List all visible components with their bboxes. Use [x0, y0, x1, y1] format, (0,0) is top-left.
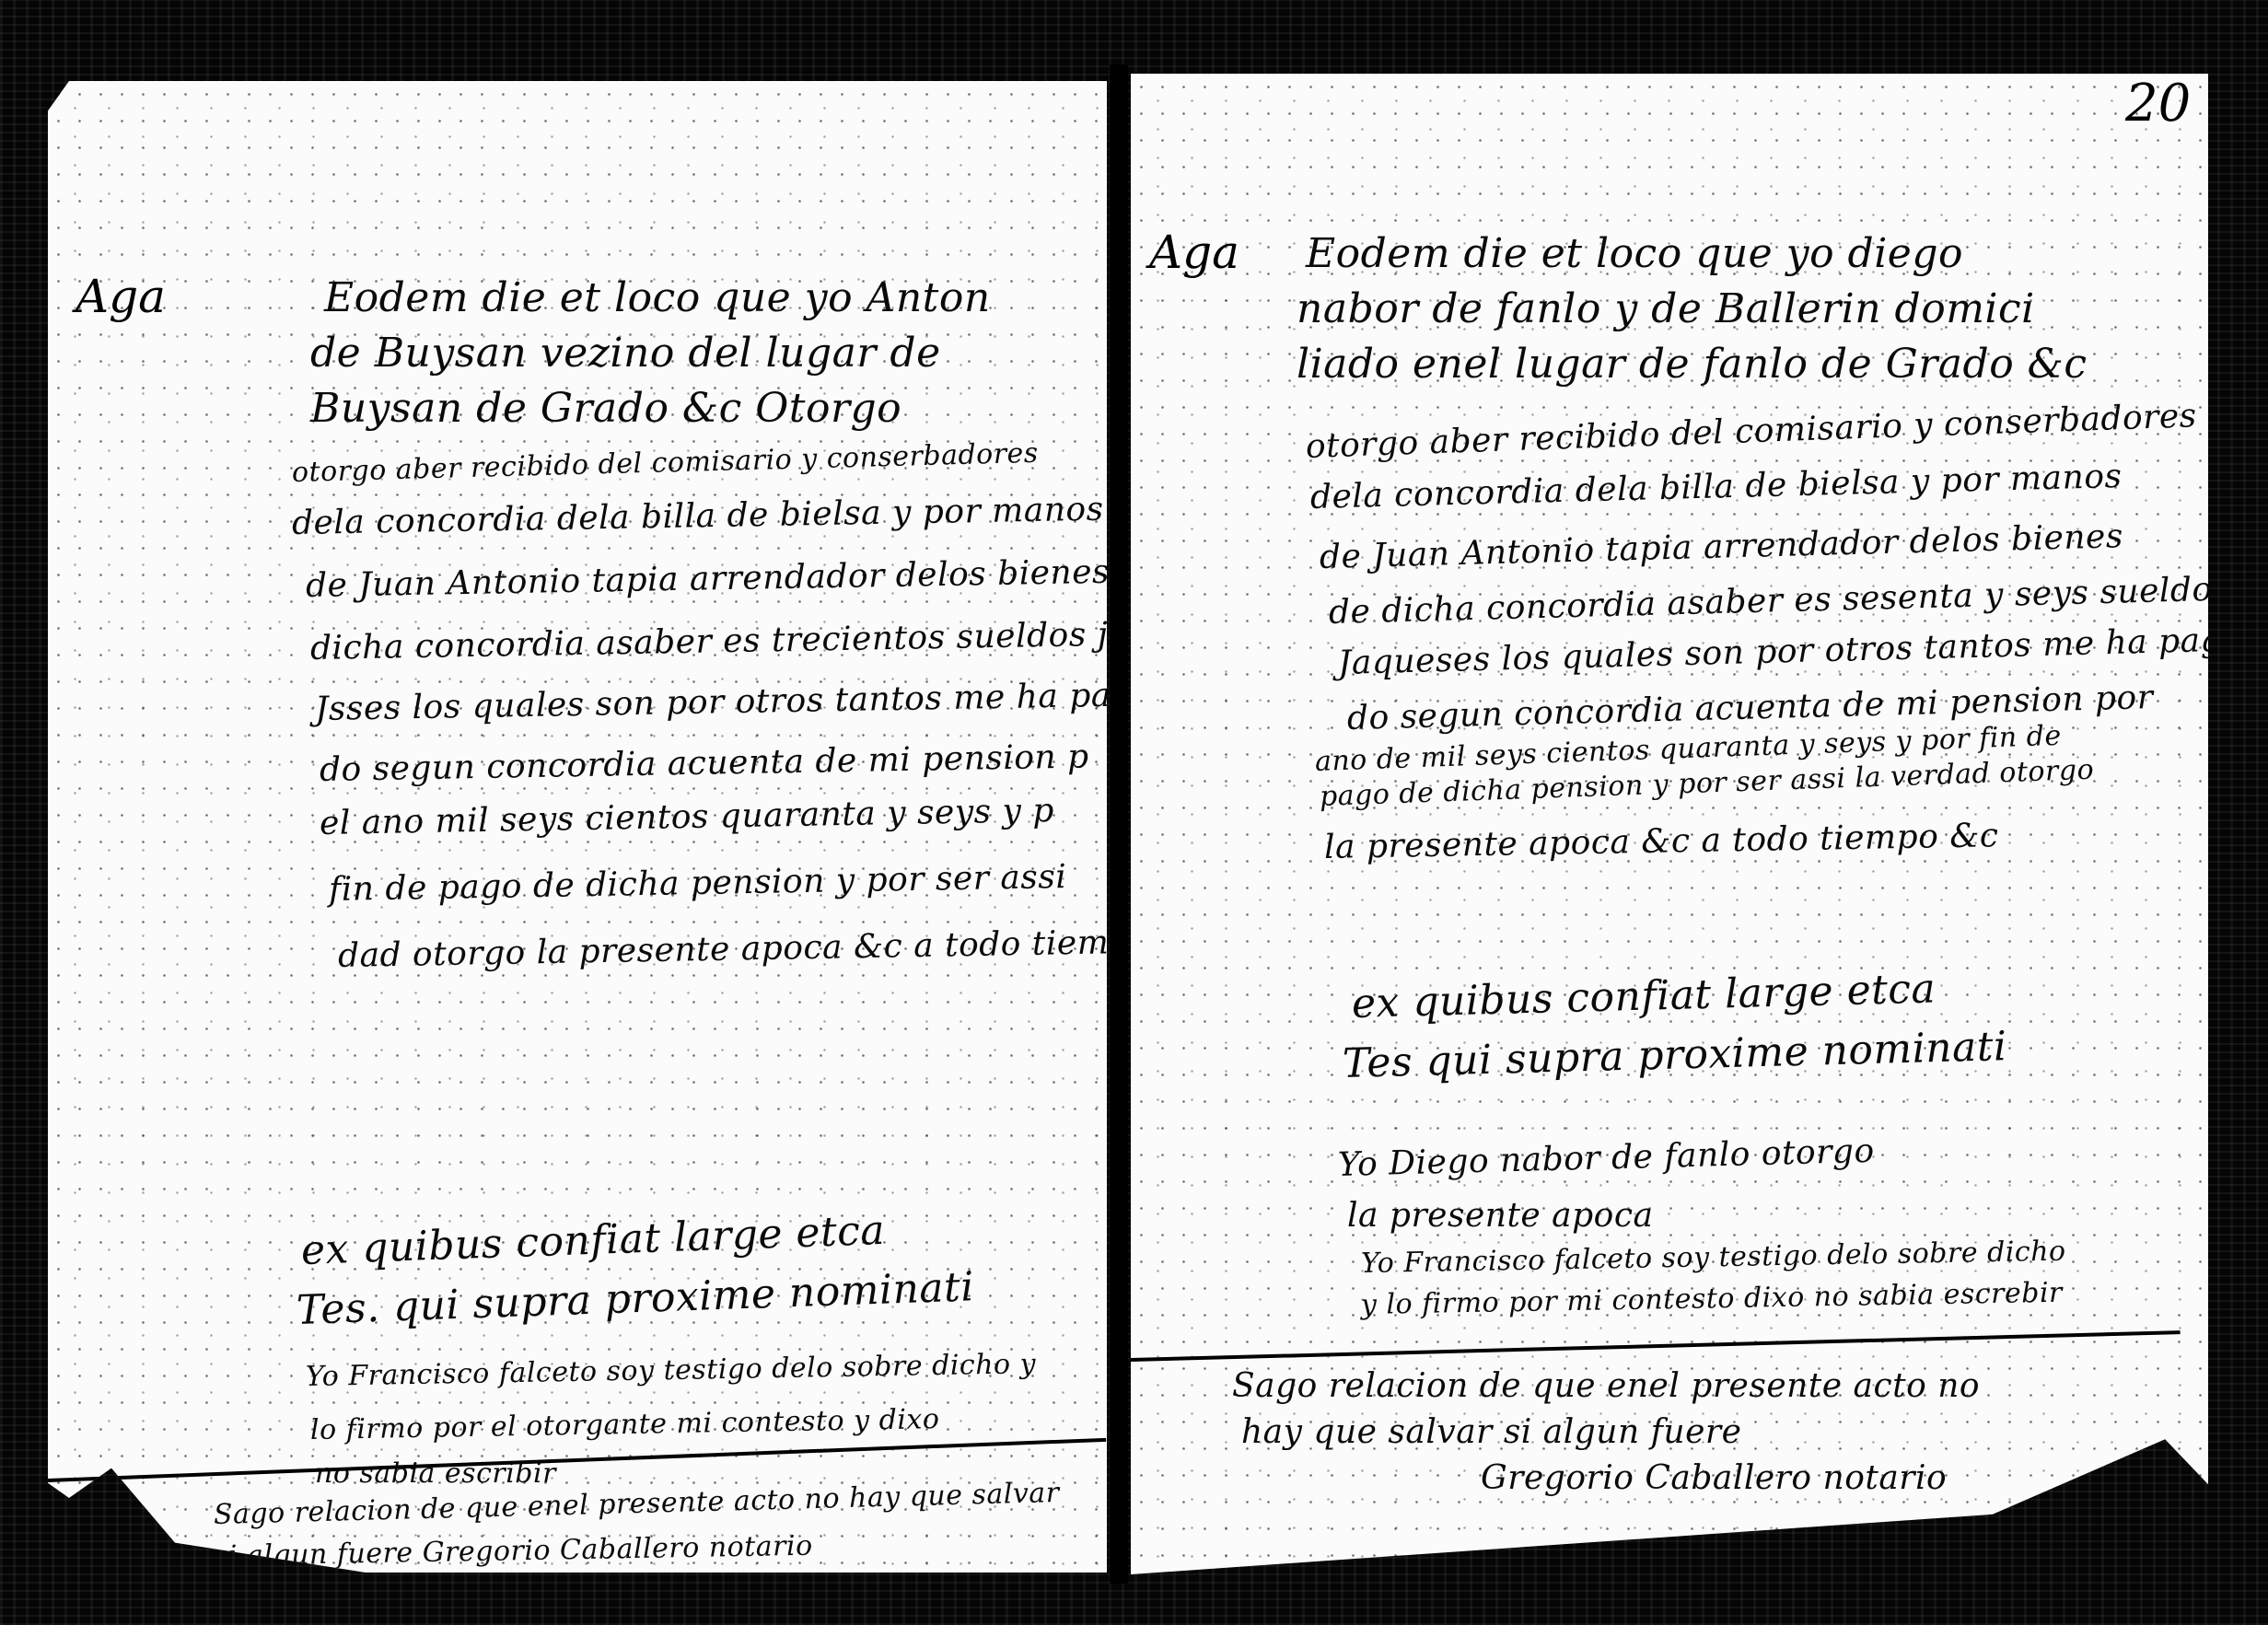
right-body-line: Jaqueses los quales son por otros tantos…	[1337, 621, 2242, 682]
right-footer-line: Gregorio Caballero notario	[1481, 1459, 1947, 1497]
left-footer-rule	[48, 1438, 1106, 1482]
left-witness-line: lo firmo por el otorgante mi contesto y …	[310, 1403, 940, 1446]
right-body-line: otorgo aber recibido del comisario y con…	[1305, 397, 2197, 466]
left-body-line: dad otorgo la presente apoca &c a todo t…	[338, 923, 1132, 975]
left-body-line: Jsses los quales son por otros tantos me…	[315, 676, 1134, 727]
left-body-line: otorgo aber recibido del comisario y con…	[292, 437, 1040, 489]
right-body-line: la presente apoca &c a todo tiempo &c	[1324, 817, 1999, 866]
left-body-line: Eodem die et loco que yo Anton	[324, 274, 991, 321]
right-body-line: dela concordia dela billa de bielsa y po…	[1309, 458, 2122, 517]
right-footer-rule	[1131, 1330, 2181, 1362]
left-body-line: de Buysan vezino del lugar de	[310, 330, 941, 377]
left-body-line: el ano mil seys cientos quaranta y seys …	[320, 792, 1055, 842]
left-witness-line: Tes. qui supra proxime nominati	[296, 1263, 975, 1334]
left-body-line: do segun concordia acuenta de mi pension…	[320, 737, 1089, 789]
left-body-line: dicha concordia asaber es trecientos sue…	[310, 616, 1109, 667]
left-body-line: Buysan de Grado &c Otorgo	[310, 385, 901, 432]
left-witness-line: ex quibus confiat large etca	[300, 1207, 886, 1274]
right-witness-line: Tes qui supra proxime nominati	[1342, 1023, 2007, 1087]
right-witness-line: ex quibus confiat large etca	[1351, 965, 1936, 1027]
right-footer-line: Sago relacion de que enel presente acto …	[1232, 1367, 1980, 1405]
right-witness-line: Yo Diego nabor de fanlo otorgo	[1337, 1132, 1875, 1184]
right-witness-line: la presente apoca	[1347, 1197, 1653, 1235]
right-witness-line: Yo Francisco falceto soy testigo delo so…	[1361, 1236, 2066, 1280]
right-page: 20 Aga Eodem die et loco que yo diego na…	[1131, 74, 2208, 1574]
left-witness-line: Yo Francisco falceto soy testigo delo so…	[306, 1348, 1037, 1393]
book-gutter	[1110, 64, 1128, 1584]
right-body-line: liado enel lugar de fanlo de Grado &c	[1297, 341, 2087, 388]
right-body-line: nabor de fanlo y de Ballerin domici	[1297, 285, 2035, 332]
right-body-line: de dicha concordia asaber es sesenta y s…	[1328, 570, 2230, 632]
left-page: Aga Eodem die et loco que yo Anton de Bu…	[48, 81, 1107, 1573]
left-body-line: fin de pago de dicha pension y por ser a…	[329, 858, 1067, 909]
right-footer-line: hay que salvar si algun fuere	[1241, 1413, 1741, 1451]
right-margin-note: Aga	[1149, 226, 1239, 279]
left-body-line: dela concordia dela billa de bielsa y po…	[292, 491, 1104, 542]
left-body-line: de Juan Antonio tapia arrendador delos b…	[306, 553, 1111, 605]
right-witness-line: y lo firmo por mi contesto dixo no sabia…	[1361, 1277, 2063, 1321]
right-body-line: de Juan Antonio tapia arrendador delos b…	[1319, 517, 2123, 576]
left-footer-line: si algun fuere Gregorio Caballero notari…	[214, 1530, 813, 1573]
page-number: 20	[2125, 74, 2191, 133]
left-margin-note: Aga	[76, 270, 166, 323]
right-body-line: Eodem die et loco que yo diego	[1306, 230, 1963, 277]
